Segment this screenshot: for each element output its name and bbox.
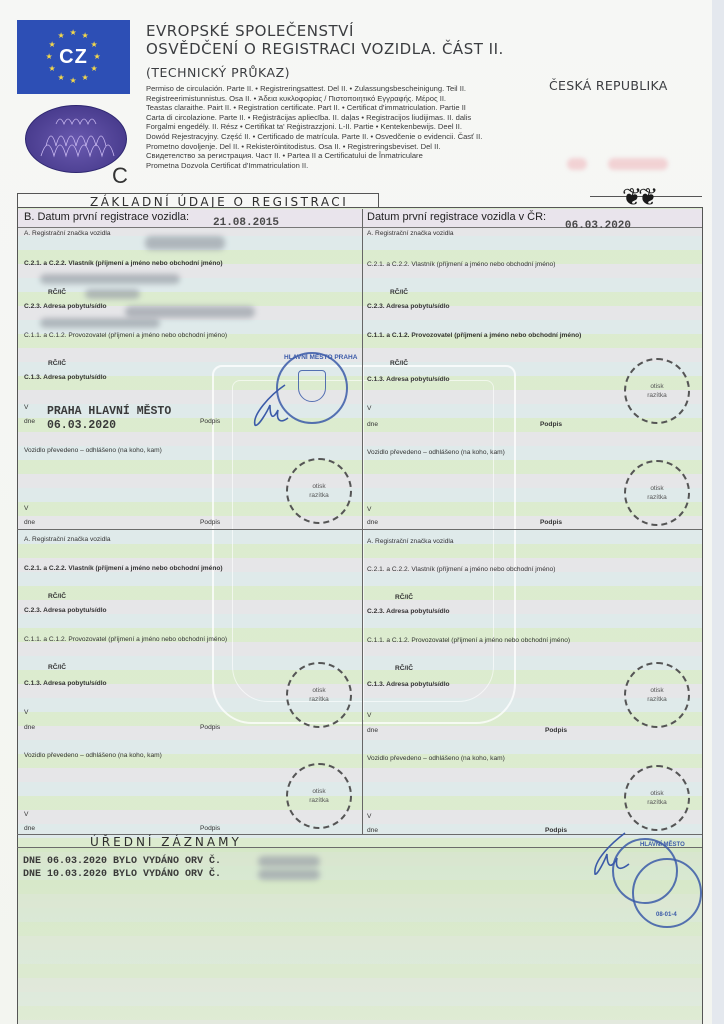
stamp-placeholder: otiskrazítka: [624, 662, 690, 728]
translation-line: Carta di circolazione. Parte II. • Reģis…: [146, 113, 566, 123]
place-label: V: [367, 712, 371, 719]
translation-line: Prometna Dozvola Certificat d'Immatricul…: [146, 161, 566, 171]
stamp-emblem: [298, 370, 326, 402]
operator-address-label: C.1.3. Adresa pobytu/sídlo: [367, 376, 450, 383]
owner-label: C.2.1. a C.2.2. Vlastník (příjmení a jmé…: [24, 565, 223, 572]
redacted-document-number: [258, 856, 320, 867]
transfer-label: Vozidlo převedeno – odhlášeno (na koho, …: [24, 752, 162, 759]
translation-line: Свидетелство за регистрация. Част II. • …: [146, 151, 566, 161]
official-records-title: ÚŘEDNÍ ZÁZNAMY: [90, 835, 242, 849]
translation-line: Teastas claraithe. Pairt II. • Registrat…: [146, 103, 566, 113]
official-record-entry: DNE 10.03.2020 BYLO VYDÁNO ORV Č.: [23, 869, 221, 880]
rcic-label: RČ/IČ: [390, 289, 408, 296]
rcic-label: RČ/IČ: [48, 289, 66, 296]
stamp-placeholder: otiskrazítka: [624, 460, 690, 526]
first-registration-cz-date: 06.03.2020: [565, 220, 631, 232]
translation-line: Permiso de circulación. Parte II. • Regi…: [146, 84, 566, 94]
plate-label: A. Registrační značka vozidla: [367, 538, 454, 545]
operator-address-label: C.1.3. Adresa pobytu/sídlo: [367, 681, 450, 688]
place-label: V: [367, 813, 371, 820]
redacted-serial: [567, 158, 587, 170]
owner-address-label: C.2.3. Adresa pobytu/sídlo: [24, 607, 107, 614]
eu-flag-emblem: ★ ★ ★ ★ ★ ★ ★ ★ ★ ★ ★ ★ CZ: [17, 20, 130, 94]
plate-label: A. Registrační značka vozidla: [367, 230, 454, 237]
place-label: V: [367, 506, 371, 513]
owner-address-label: C.2.3. Adresa pobytu/sídlo: [367, 303, 450, 310]
first-registration-cz-label: Datum první registrace vozidla v ČR:: [367, 211, 546, 223]
official-record-entry: DNE 06.03.2020 BYLO VYDÁNO ORV Č.: [23, 856, 221, 867]
rcic-label: RČ/IČ: [48, 664, 66, 671]
stamp-placeholder: otiskrazítka: [624, 765, 690, 831]
rcic-label: RČ/IČ: [395, 665, 413, 672]
operator-label: C.1.1. a C.1.2. Provozovatel (příjmení a…: [24, 332, 227, 339]
stamp-text: HLAVNÍ MĚSTO PRAHA: [284, 354, 357, 361]
redacted-owner: [40, 274, 180, 284]
place-label: V: [24, 404, 28, 411]
transfer-label: Vozidlo převedeno – odhlášeno (na koho, …: [367, 755, 505, 762]
place-label: V: [24, 709, 28, 716]
title-technical-licence: (TECHNICKÝ PRŮKAZ): [146, 65, 290, 80]
first-registration-date: 21.08.2015: [213, 217, 279, 229]
signature-label: Podpis: [540, 519, 562, 526]
stamp-placeholder: otiskrazítka: [286, 763, 352, 829]
stamp-placeholder: otiskrazítka: [286, 458, 352, 524]
owner-label: C.2.1. a C.2.2. Vlastník (příjmení a jmé…: [24, 260, 223, 267]
transfer-label: Vozidlo převedeno – odhlášeno (na koho, …: [367, 449, 505, 456]
redacted-serial: [608, 158, 668, 170]
date-label: dne: [24, 724, 35, 731]
date-label: dne: [24, 825, 35, 832]
column-divider: [362, 209, 363, 834]
signature-label: Podpis: [545, 727, 567, 734]
operator-address-label: C.1.3. Adresa pobytu/sídlo: [24, 374, 107, 381]
rcic-label: RČ/IČ: [48, 593, 66, 600]
date-label: dne: [367, 421, 378, 428]
date-label: dne: [367, 827, 378, 834]
plate-label: A. Registrační značka vozidla: [24, 536, 111, 543]
place-label: V: [24, 811, 28, 818]
owner-label: C.2.1. a C.2.2. Vlastník (příjmení a jmé…: [367, 566, 555, 573]
registration-place: PRAHA HLAVNÍ MĚSTO: [47, 405, 171, 418]
redacted-address: [125, 306, 255, 318]
signature-label: Podpis: [200, 418, 220, 425]
date-label: dne: [24, 418, 35, 425]
signature-mark: [585, 830, 635, 880]
background-edge: [712, 0, 724, 1024]
rcic-label: RČ/IČ: [390, 360, 408, 367]
handwritten-c-mark: C: [112, 163, 128, 189]
place-label: V: [367, 405, 371, 412]
date-label: dne: [367, 727, 378, 734]
translation-line: Dowód Rejestracyjny. Część II. • Certifi…: [146, 132, 566, 142]
owner-address-label: C.2.3. Adresa pobytu/sídlo: [367, 608, 450, 615]
operator-label: C.1.1. a C.1.2. Provozovatel (příjmení a…: [367, 637, 570, 644]
redacted-address: [40, 318, 160, 328]
signature-mark: [240, 380, 300, 430]
title-european-community: EVROPSKÉ SPOLEČENSTVÍ: [146, 22, 354, 40]
block-divider: [17, 529, 702, 530]
rcic-label: RČ/IČ: [395, 594, 413, 601]
date-label: dne: [24, 519, 35, 526]
operator-label: C.1.1. a C.1.2. Provozovatel (příjmení a…: [24, 636, 227, 643]
translation-line: Forgalmi engedély. II. Rész • Certifikat…: [146, 122, 566, 132]
translations-list: Permiso de circulación. Parte II. • Regi…: [146, 84, 566, 170]
stamp-text: HLAVNÍ MĚSTO: [640, 842, 685, 848]
country-name: ČESKÁ REPUBLIKA: [549, 78, 668, 93]
operator-label: C.1.1. a C.1.2. Provozovatel (příjmení a…: [367, 332, 581, 339]
first-registration-label: B. Datum první registrace vozidla:: [24, 211, 189, 223]
operator-address-label: C.1.3. Adresa pobytu/sídlo: [24, 680, 107, 687]
transfer-label: Vozidlo převedeno – odhlášeno (na koho, …: [24, 447, 162, 454]
signature-label: Podpis: [540, 421, 562, 428]
rcic-label: RČ/IČ: [48, 360, 66, 367]
translation-line: Prometno dovoljenje. Del II. • Rekisterö…: [146, 142, 566, 152]
stamp-date: 08-01-4: [656, 912, 677, 918]
date-label: dne: [367, 519, 378, 526]
redacted-rcic: [85, 289, 140, 299]
signature-label: Podpis: [200, 825, 220, 832]
title-certificate: OSVĚDČENÍ O REGISTRACI VOZIDLA. ČÁST II.: [146, 40, 504, 58]
registration-date: 06.03.2020: [47, 419, 116, 432]
country-code: CZ: [59, 46, 88, 69]
owner-address-label: C.2.3. Adresa pobytu/sídlo: [24, 303, 107, 310]
owner-label: C.2.1. a C.2.2. Vlastník (příjmení a jmé…: [367, 261, 555, 268]
plate-label: A. Registrační značka vozidla: [24, 230, 111, 237]
translation-line: Registreerimistunnistus. Osa II. • Άδεια…: [146, 94, 566, 104]
signature-label: Podpis: [545, 827, 567, 834]
redacted-document-number: [258, 869, 320, 880]
signature-label: Podpis: [200, 519, 220, 526]
signature-label: Podpis: [200, 724, 220, 731]
redacted-plate: [145, 236, 225, 250]
place-label: V: [24, 505, 28, 512]
stamp-placeholder: otiskrazítka: [286, 662, 352, 728]
stamp-placeholder: otiskrazítka: [624, 358, 690, 424]
